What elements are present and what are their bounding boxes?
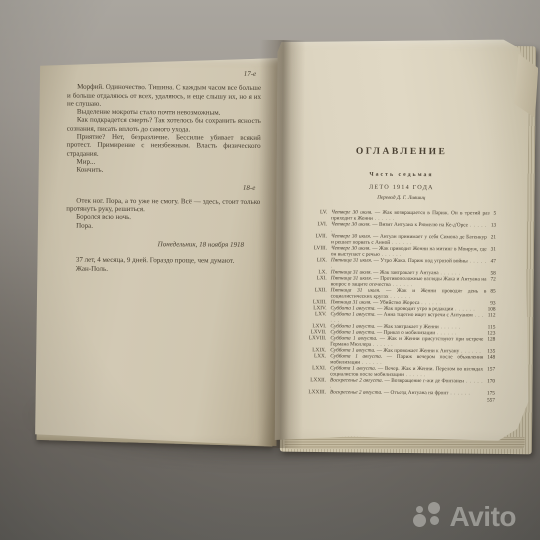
toc-entry-page-number: 13 (491, 223, 496, 229)
toc-translator-line: Перевод Д. Г. Лившиц (306, 194, 496, 201)
toc-entry-number: LXXI. (305, 365, 326, 371)
diary-paragraph-group-3: 37 лет, 4 месяца, 9 дней. Гораздо проще,… (66, 256, 260, 274)
toc-entry-number: LXV. (305, 311, 326, 317)
toc-entry-page-number: 31 (491, 247, 496, 253)
toc-entry-page-number: 47 (491, 259, 496, 265)
diary-date-line: Понедельник, 18 ноября 1918 (66, 240, 244, 250)
toc-entry-number: LV. (306, 209, 327, 215)
toc-part-title: ЛЕТО 1914 ГОДА (306, 183, 496, 191)
toc-entry-date: Четверг 30 июля. (331, 221, 371, 227)
toc-entry-page-number: 148 (487, 355, 495, 361)
open-book: 17-е Морфий. Одиночество. Тишина. С кажд… (35, 26, 506, 457)
avito-logo-icon (413, 501, 444, 532)
toc-entry-page-number: 175 (487, 391, 495, 397)
diary-paragraph: Пора. (66, 221, 260, 231)
toc-entry-page-number: 112 (488, 313, 496, 319)
toc-entry-number: LXX. (305, 353, 326, 359)
diary-paragraph-group-1: Морфий. Одиночество. Тишина. С каждым ча… (66, 83, 261, 176)
toc-entry-number: LVII. (306, 233, 327, 239)
toc-entry-page-number: 157 (487, 367, 495, 373)
toc-entry-date: Пятница 31 июля. (331, 257, 372, 263)
diary-paragraph-group-2: Отек ног. Пора, а то уже не смогу. Всё —… (66, 196, 260, 231)
toc-entry-list: LV. 5 Четверг 30 июля. — Жак возвращаетс… (305, 209, 496, 396)
toc-entry-description: — Отъезд Антуана на фронт (384, 390, 471, 397)
diary-section-marker-2: 18-е (66, 182, 255, 192)
toc-entry-number: LVI. (306, 221, 327, 227)
diary-text-block: 17-е Морфий. Одиночество. Тишина. С кажд… (66, 69, 261, 274)
toc-entry-page-number: 85 (490, 289, 495, 295)
toc-entry-page-number: 170 (487, 379, 495, 385)
toc-entry-number: LXII. (306, 287, 327, 293)
diary-section-marker: 17-е (67, 69, 256, 79)
diary-paragraph: Кончить. (66, 166, 260, 176)
toc-entry-page-number: 128 (487, 337, 495, 343)
avito-watermark: Avito (413, 501, 516, 532)
book-gutter-shadow (257, 40, 306, 448)
toc-entry-number: LVIII. (306, 245, 327, 251)
toc-entry-number: LXI. (306, 275, 327, 281)
avito-watermark-label: Avito (450, 503, 516, 531)
toc-entry-number: LXVIII. (305, 335, 326, 341)
toc-part-label: Часть седьмая (306, 171, 496, 178)
diary-paragraph: Приятие? Нет, безразличие. Бессилие убив… (67, 133, 261, 159)
toc-entry-page-number: 21 (491, 235, 496, 241)
diary-paragraph: Как подкрадется смерть? Так хотелось бы … (67, 116, 261, 134)
toc-heading: ОГЛАВЛЕНИЕ (307, 146, 497, 157)
diary-paragraph: Морфий. Одиночество. Тишина. С каждым ча… (67, 83, 261, 109)
toc-entry-date: Воскресенье 2 августа. (330, 377, 383, 383)
toc-entry-page-number: 72 (490, 277, 495, 283)
diary-paragraph: Жан-Поль. (66, 264, 260, 274)
toc-entry-date: Воскресенье 2 августа. (330, 389, 383, 395)
table-of-contents: ОГЛАВЛЕНИЕ Часть седьмая ЛЕТО 1914 ГОДА … (305, 146, 497, 403)
toc-entry-number: LXXIII. (305, 389, 326, 395)
toc-entry-page-number: 5 (494, 211, 497, 217)
toc-entry-number: LXXII. (305, 377, 326, 383)
toc-entry-number: LIX. (306, 257, 327, 263)
diary-paragraph: Отек ног. Пора, а то уже не смогу. Всё —… (66, 196, 260, 214)
